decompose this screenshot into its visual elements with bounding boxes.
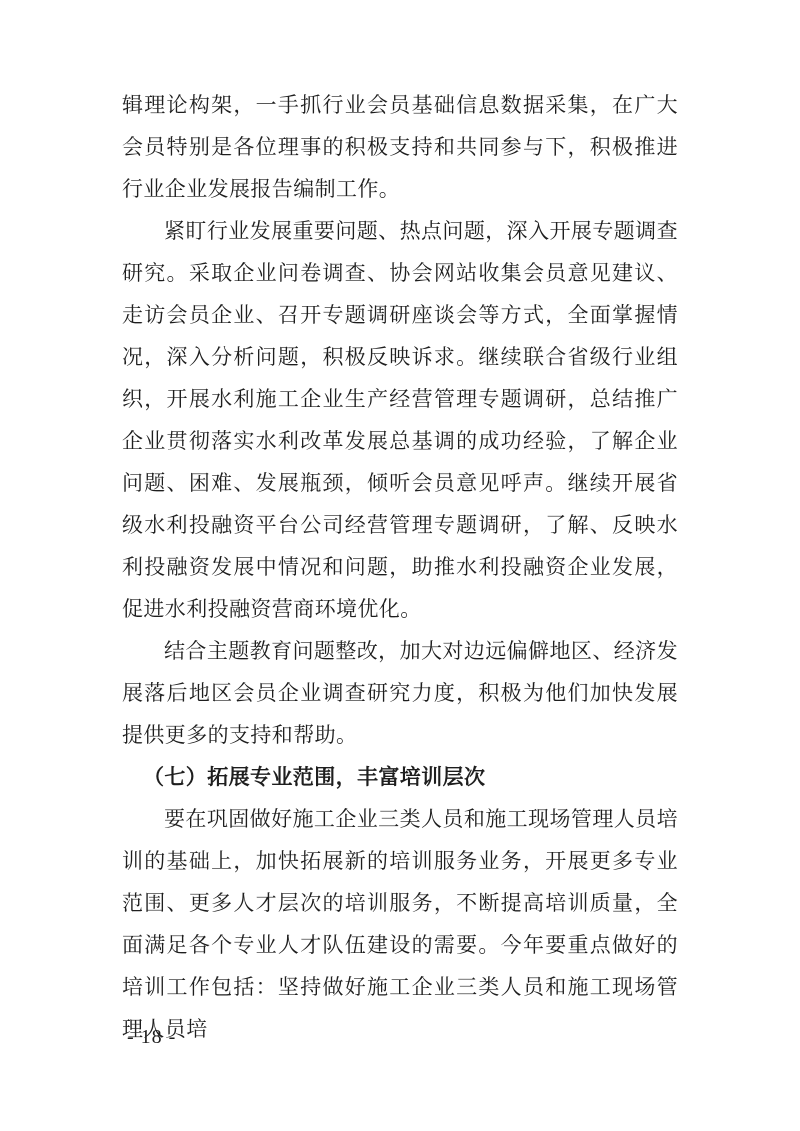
paragraph: 结合主题教育问题整改，加大对边远偏僻地区、经济发展落后地区会员企业调查研究力度，… [122, 630, 678, 756]
paragraph: 辑理论构架，一手抓行业会员基础信息数据采集，在广大会员特别是各位理事的积极支持和… [122, 84, 678, 210]
paragraph: 要在巩固做好施工企业三类人员和施工现场管理人员培训的基础上，加快拓展新的培训服务… [122, 798, 678, 1050]
page-number: - 18 - [127, 1027, 176, 1047]
document-page: 辑理论构架，一手抓行业会员基础信息数据采集，在广大会员特别是各位理事的积极支持和… [0, 0, 800, 1131]
section-heading: （七）拓展专业范围，丰富培训层次 [122, 756, 678, 798]
document-body: 辑理论构架，一手抓行业会员基础信息数据采集，在广大会员特别是各位理事的积极支持和… [122, 84, 678, 1050]
paragraph: 紧盯行业发展重要问题、热点问题，深入开展专题调查研究。采取企业问卷调查、协会网站… [122, 210, 678, 630]
